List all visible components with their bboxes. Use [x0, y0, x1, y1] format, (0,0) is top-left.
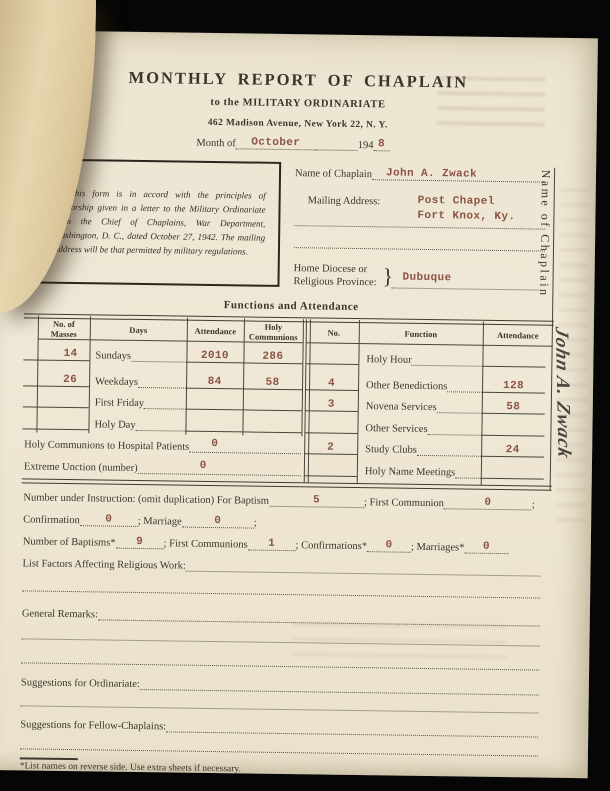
hospital-communions-row: Holy Communions to Hospital Patients 0: [24, 434, 301, 454]
censorship-notice-text: This form is in accord with the principl…: [54, 186, 266, 259]
chaplain-name-row: Name of Chaplain John A. Zwack: [295, 162, 546, 183]
masses-value: [23, 390, 89, 408]
scanned-form-page: MONTHLY REPORT OF CHAPLAIN to the MILITA…: [0, 30, 598, 778]
footnote-rule: [20, 757, 78, 759]
diocese-label-line2: Religious Province:: [293, 275, 376, 289]
header-attendance-left: Attendance: [187, 327, 244, 337]
table-row: Holy Day: [22, 413, 301, 433]
function-count: [304, 459, 357, 477]
leader-line: [131, 361, 186, 363]
function-attendance: 128: [482, 376, 545, 394]
table-row: Holy Hour: [305, 348, 545, 367]
instruction-label: ; Marriage: [138, 516, 182, 528]
header-holy-communions: Holy Communions: [244, 322, 303, 342]
header-attendance-right: Attendance: [483, 331, 553, 341]
blank-write-line: [22, 589, 540, 598]
general-remarks-label: General Remarks:: [22, 608, 98, 620]
function-label: Holy Name Meetings: [365, 466, 456, 478]
function-label: Other Benedictions: [366, 380, 448, 392]
hospital-communions-label: Holy Communions to Hospital Patients: [24, 439, 189, 452]
leader-line: [140, 675, 539, 696]
mailing-line2: Fort Knox, Ky.: [417, 209, 515, 225]
leader-line: [455, 477, 481, 478]
instruction-label: ; Marriages*: [411, 542, 465, 554]
header-no: No.: [309, 328, 359, 338]
function-attendance: [482, 350, 545, 368]
month-leader-line: [316, 135, 358, 151]
blank-write-line: [21, 704, 539, 713]
year-digit-field: 8: [373, 136, 389, 151]
bleed-through-text: [555, 188, 590, 528]
instruction-label: ;: [254, 518, 257, 529]
attendance-value: 84: [186, 372, 243, 390]
instruction-label: ; First Communion: [364, 497, 444, 509]
fellow-chaplains-label: Suggestions for Fellow-Chaplains:: [20, 719, 166, 732]
function-label: Holy Hour: [366, 354, 411, 366]
function-attendance: [481, 419, 544, 437]
footnote-text: *List names on reverse side. Use extra s…: [20, 761, 241, 774]
extreme-unction-value: 0: [200, 460, 207, 472]
leader-line: [427, 434, 481, 436]
extreme-unction-label: Extreme Unction (number): [24, 461, 138, 474]
extreme-unction-row: Extreme Unction (number) 0: [24, 456, 301, 476]
ordinariate-label: Suggestions for Ordinariate:: [21, 677, 140, 690]
bleed-through-text: [437, 76, 546, 130]
table-row: 26 Weekdays 84 58: [23, 370, 302, 390]
header-days: Days: [90, 325, 187, 336]
function-attendance: 58: [482, 397, 545, 415]
table-row: 3 Novena Services 58: [305, 395, 545, 414]
general-remarks-row: General Remarks:: [22, 602, 540, 626]
baptism-instruction-value: 5: [269, 492, 364, 508]
diocese-field: Dubuque: [402, 272, 451, 285]
table-row: 14 Sundays 2010 286: [23, 344, 302, 364]
year-prefix: 194: [358, 140, 374, 151]
table-row: Holy Name Meetings: [304, 460, 544, 479]
instruction-label: ;: [532, 499, 535, 510]
instruction-label: Confirmation: [23, 514, 80, 526]
communions-value: [243, 393, 302, 411]
baptisms-count-value: 9: [116, 534, 164, 550]
function-label: Novena Services: [366, 401, 437, 413]
diocese-leader-line: [391, 286, 541, 290]
month-field: October: [236, 134, 316, 150]
header-line: Masses: [38, 329, 90, 339]
function-attendance: 24: [481, 440, 544, 458]
instruction-row-2: Confirmation 0 ; Marriage 0 ;: [23, 508, 541, 532]
marriage-instruction-value: 0: [182, 513, 254, 529]
instruction-label: Number of Baptisms*: [23, 536, 116, 548]
function-count: 4: [305, 373, 358, 391]
leader-line: [186, 557, 541, 577]
section-title: Functions and Attendance: [0, 296, 586, 316]
blank-write-line: [21, 661, 539, 670]
attendance-value: 2010: [186, 346, 243, 364]
function-attendance: [481, 462, 544, 480]
ordinariate-row: Suggestions for Ordinariate:: [21, 671, 539, 695]
chaplain-name-label: Name of Chaplain: [295, 168, 372, 180]
day-label: Holy Day: [94, 419, 135, 431]
mailing-address-label: Mailing Address:: [308, 195, 381, 207]
instruction-label: Number under Instruction: (omit duplicat…: [23, 492, 269, 506]
diocese-label: Home Diocese or Religious Province:: [293, 262, 376, 289]
diocese-label-line1: Home Diocese or: [294, 262, 377, 276]
function-label: Study Clubs: [365, 444, 417, 456]
instruction-label: ; Confirmations*: [296, 540, 368, 552]
function-count: [305, 347, 358, 365]
leader-line: [138, 387, 186, 389]
function-count: [304, 416, 357, 434]
attendance-value: [186, 393, 243, 411]
day-label: Sundays: [95, 350, 131, 361]
table-row: Other Services: [304, 417, 544, 436]
hospital-communions-value: 0: [211, 438, 218, 450]
blank-write-line: [20, 747, 538, 756]
masses-value: 26: [23, 370, 89, 387]
header-no-of-masses: No. of Masses: [38, 320, 90, 340]
leader-line: [417, 455, 481, 457]
month-label: Month of: [196, 138, 236, 150]
confirmations-count-value: 0: [367, 537, 411, 553]
bleed-through-text: [291, 622, 506, 659]
leader-line: [412, 365, 483, 367]
attendance-value: [185, 415, 242, 433]
instruction-row-3: Number of Baptisms* 9 ; First Communions…: [23, 530, 541, 554]
leader-line: [136, 430, 186, 432]
month-row: Month of October 194 8: [196, 132, 414, 152]
day-label: Weekdays: [95, 376, 138, 388]
right-table-header-rule: [306, 342, 553, 346]
confirmation-instruction-value: 0: [80, 511, 138, 527]
masses-value: [22, 412, 88, 430]
factors-row: List Factors Affecting Religious Work:: [22, 552, 540, 576]
function-label: Other Services: [365, 423, 427, 435]
leader-line: [437, 412, 482, 414]
leader-line: 0: [189, 438, 301, 455]
header-function: Function: [359, 329, 483, 340]
communions-value: 286: [243, 346, 302, 364]
instruction-label: ; First Communions: [164, 538, 248, 550]
chaplain-name-field: John A. Zwack: [372, 165, 546, 182]
blank-address-line: [294, 246, 545, 252]
fellow-chaplains-row: Suggestions for Fellow-Chaplains:: [20, 713, 538, 737]
factors-label: List Factors Affecting Religious Work:: [22, 558, 185, 571]
table-row: First Friday: [23, 391, 302, 411]
table-row: 2 Study Clubs 24: [304, 438, 544, 457]
leader-line: [144, 408, 186, 410]
marriages-count-value: 0: [464, 539, 508, 555]
communions-count-value: 1: [248, 536, 296, 552]
function-count: 2: [304, 437, 357, 455]
mailing-line1: Post Chapel: [418, 194, 516, 210]
header-line: Communions: [244, 332, 303, 342]
instruction-row-1: Number under Instruction: (omit duplicat…: [23, 486, 541, 510]
vertical-name-label: Name of Chaplain: [536, 170, 553, 298]
day-label: First Friday: [95, 397, 144, 409]
communion-instruction-value: 0: [444, 494, 532, 510]
leader-line: 0: [138, 459, 301, 476]
masses-value: 14: [23, 344, 89, 361]
communions-value: [242, 415, 301, 433]
leader-line: [166, 717, 538, 737]
function-count: 3: [305, 394, 358, 412]
communions-value: 58: [243, 372, 302, 390]
leader-line: [447, 391, 482, 392]
table-row: 4 Other Benedictions 128: [305, 374, 545, 393]
mailing-address-value: Post Chapel Fort Knox, Ky.: [417, 194, 515, 225]
